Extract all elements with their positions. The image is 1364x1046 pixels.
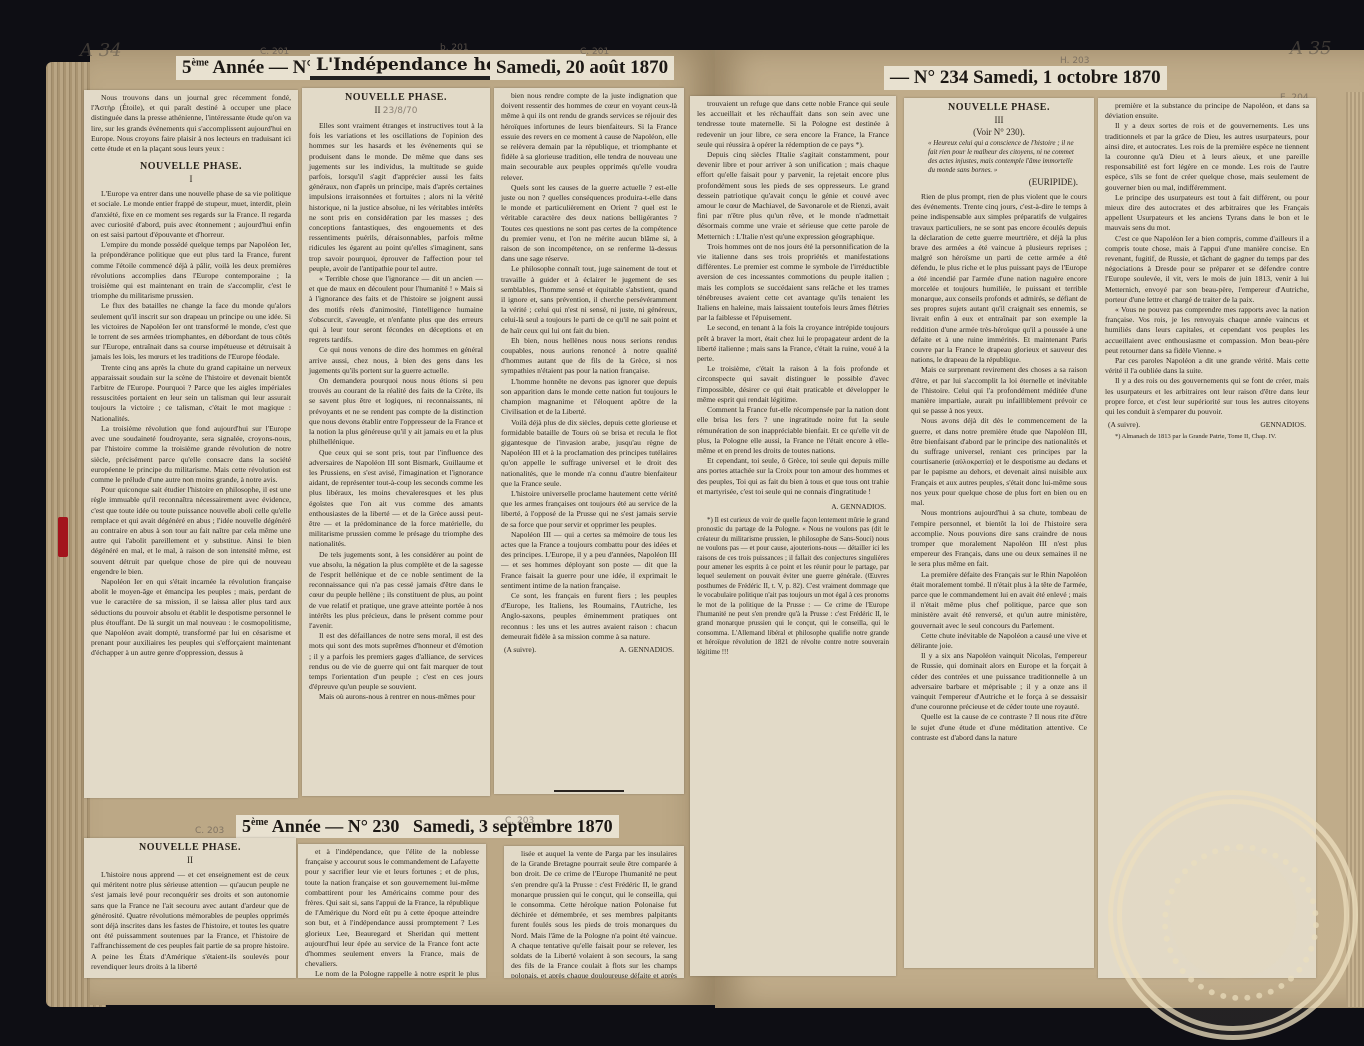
- pencil-mark: b. 201: [440, 43, 469, 53]
- paragraph: Que ceux qui se sont pris, tout par l'in…: [309, 448, 483, 550]
- paragraph: Depuis cinq siècles l'Italie s'agitait c…: [697, 150, 889, 242]
- a-suivre-note: (A suivre).: [504, 645, 536, 654]
- paragraph: Il y a des rois ou des gouvernements qui…: [1105, 376, 1309, 417]
- article-heading: NOUVELLE PHASE.: [84, 161, 298, 172]
- paragraph: Eh bien, nous hellènes nous nous serions…: [501, 336, 677, 377]
- paragraph: Par ces paroles Napoléon a dit une grand…: [1105, 356, 1309, 376]
- paragraph: Ce qui nous venons de dire des hommes en…: [309, 345, 483, 376]
- page-number-left: A 34: [80, 40, 122, 61]
- paragraph: « Vous ne pouvez pas comprendre mes rapp…: [1105, 305, 1309, 356]
- paragraph: L'homme honnête ne devons pas ignorer qu…: [501, 377, 677, 418]
- paragraph: Il y a six ans Napoléon vainquit Nicolas…: [911, 651, 1087, 712]
- epigraph-author: (EURIPIDE).: [904, 177, 1094, 187]
- paragraph: Quels sont les causes de la guerre actue…: [501, 183, 677, 265]
- clipping-230-pologne: lisée et auquel la vente de Parga par le…: [504, 846, 684, 978]
- paragraph: Voilà déjà plus de dix siècles, depuis c…: [501, 418, 677, 489]
- paragraph: « Terrible chose que l'ignorance — dit u…: [309, 274, 483, 345]
- issue-header-234: — N° 234 Samedi, 1 octobre 1870: [884, 66, 1167, 90]
- clipping-part-2: NOUVELLE PHASE. II 23/8/70 Elles sont vr…: [302, 88, 490, 796]
- paragraph: La première défaite des Français sur le …: [911, 570, 1087, 631]
- paragraph: Ce sont, les français en furent fiers ; …: [501, 591, 677, 642]
- paragraph: Cette chute inévitable de Napoléon a cau…: [911, 631, 1087, 651]
- issue-header-230: 5ème Année — N° 230 Samedi, 3 septembre …: [236, 815, 619, 838]
- clipping-part-2-conclusion: trouvaient un refuge que dans cette nobl…: [690, 96, 896, 976]
- paragraph: C'est ce que Napoléon Ier a bien compris…: [1105, 234, 1309, 305]
- paragraph: Comment la France fut-elle récompensée p…: [697, 405, 889, 456]
- footnote: *) Il est curieux de voir de quelle faço…: [697, 516, 889, 657]
- pencil-mark: C. 203: [505, 816, 534, 826]
- paragraph: Le troisième, c'était la raison à la foi…: [697, 364, 889, 405]
- paragraph: bien nous rendre compte de la juste indi…: [501, 91, 677, 183]
- paragraph: Nous avons déjà dit dès le commencement …: [911, 416, 1087, 508]
- paragraph: première et la substance du principe de …: [1105, 101, 1309, 121]
- intro-paragraph: Nous trouvons dans un journal grec récem…: [91, 93, 291, 154]
- paragraph: Trois hommes ont de nos jours été la per…: [697, 242, 889, 324]
- paragraph: L'histoire nous apprend — et cet enseign…: [91, 870, 289, 972]
- paragraph: Il est des défaillances de notre sens mo…: [309, 631, 483, 692]
- paragraph: Pour quiconque sait étudier l'histoire e…: [91, 485, 291, 577]
- paragraph: Le principe des usurpateurs est tout à f…: [1105, 193, 1309, 234]
- epigraph: « Heureux celui qui a conscience de l'hi…: [928, 139, 1080, 175]
- paragraph: Elles sont vraiment étranges et instruct…: [309, 121, 483, 274]
- paragraph: Le nom de la Pologne rappelle à notre es…: [305, 969, 479, 978]
- paragraph: trouvaient un refuge que dans cette nobl…: [697, 99, 889, 150]
- author-signature: A. GENNADIOS.: [619, 645, 674, 654]
- paragraph: Le second, en tenant à la fois la croyan…: [697, 323, 889, 364]
- paragraph: Rien de plus prompt, rien de plus violen…: [911, 192, 1087, 365]
- paragraph: Il y a deux sortes de rois et de gouvern…: [1105, 121, 1309, 192]
- paragraph: On demandera pourquoi nous nous étions s…: [309, 376, 483, 447]
- clipping-part-3: NOUVELLE PHASE. III (Voir N° 230). « Heu…: [904, 98, 1094, 968]
- paragraph: lisée et auquel la vente de Parga par le…: [511, 849, 677, 978]
- author-signature: A. GENNADIOS.: [690, 500, 896, 513]
- paragraph: La troisième révolution que fond aujourd…: [91, 424, 291, 485]
- paragraph: Et cependant, toi seule, ô Grèce, toi se…: [697, 456, 889, 497]
- paragraph: Mais ce surprenant revirement des choses…: [911, 365, 1087, 416]
- paragraph: Trente cinq ans après la chute du grand …: [91, 363, 291, 424]
- paragraph: Quelle est la cause de ce contraste ? Il…: [911, 712, 1087, 743]
- paragraph: Nous montrions aujourd'hui à sa chute, t…: [911, 508, 1087, 569]
- clipping-230-part-2: NOUVELLE PHASE. II L'histoire nous appre…: [84, 838, 296, 978]
- author-signature: GENNADIOS.: [1260, 420, 1306, 429]
- page-number-right: A 35: [1290, 38, 1332, 59]
- date-header-20-aout: Samedi, 20 août 1870: [490, 56, 674, 80]
- paragraph: L'histoire universelle proclame hautemen…: [501, 489, 677, 530]
- pencil-mark: C. 201: [580, 47, 609, 57]
- paragraph: Mais où aurons-nous à rentrer en nous-mê…: [309, 692, 483, 702]
- paragraph: Le philosophe connaît tout, juge saineme…: [501, 264, 677, 335]
- pencil-mark: C. 203: [195, 826, 224, 836]
- clipping-part-2-continued: bien nous rendre compte de la juste indi…: [494, 88, 684, 794]
- footnote: *) Almanach de 1813 par la Grande Patrie…: [1105, 432, 1309, 442]
- a-suivre-note: (A suivre).: [1108, 420, 1140, 429]
- paragraph: Napoléon III — qui a certes sa mémoire d…: [501, 530, 677, 591]
- paragraph: De tels jugements sont, à les considérer…: [309, 550, 483, 632]
- paragraph: Napoléon Ier en qui s'était incarnée la …: [91, 577, 291, 659]
- reference-note: (Voir N° 230).: [904, 127, 1094, 137]
- pencil-mark: C. 201: [260, 47, 289, 57]
- clipping-intro-part-1: Nous trouvons dans un journal grec récem…: [84, 90, 298, 798]
- clipping-230-continued: et à l'indépendance, que l'élite de la n…: [298, 844, 486, 978]
- paragraph: et à l'indépendance, que l'élite de la n…: [305, 847, 479, 969]
- library-stamp-seal-icon: [1108, 790, 1358, 1040]
- red-bookmark-ribbon: [58, 517, 68, 557]
- pencil-mark: H. 203: [1060, 56, 1090, 66]
- paragraph: L'Europe va entrer dans une nouvelle pha…: [91, 189, 291, 240]
- paragraph: L'empire du monde possédé quelque temps …: [91, 240, 291, 301]
- paragraph: Le flux des batailles ne change la face …: [91, 301, 291, 362]
